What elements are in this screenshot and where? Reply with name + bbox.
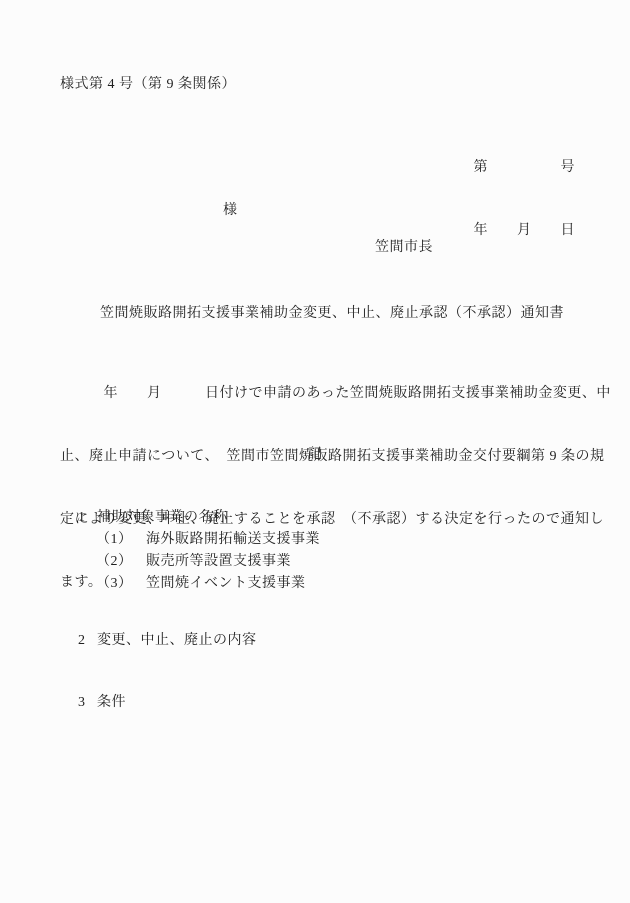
document-title: 笠間焼販路開拓支援事業補助金変更、中止、廃止承認（不承認）通知書 <box>100 303 564 324</box>
body-line: 年 月 日付けで申請のあった笠間焼販路開拓支援事業補助金変更、中 <box>60 383 585 404</box>
document-date-line: 年 月 日 <box>474 220 576 241</box>
sub-item: （3）笠間焼イベント支援事業 <box>80 552 306 615</box>
section-label: 変更、中止、廃止の内容 <box>97 633 257 648</box>
notice-document-page: 様式第 4 号（第 9 条関係） 第 号 年 月 日 様 笠間市長 笠間焼販路開… <box>0 0 630 903</box>
record-heading: 記 <box>0 444 630 465</box>
sub-item-label: 笠間焼イベント支援事業 <box>146 576 306 591</box>
document-number-line: 第 号 <box>474 157 576 178</box>
sender-title: 笠間市長 <box>375 237 433 258</box>
header-right-block: 第 号 年 月 日 <box>474 115 576 283</box>
section-item: 2変更、中止、廃止の内容 <box>62 609 257 672</box>
form-number-label: 様式第 4 号（第 9 条関係） <box>60 74 236 95</box>
addressee-honorific: 様 <box>223 200 238 221</box>
section-item: 3条件 <box>62 671 126 734</box>
section-label: 条件 <box>97 695 126 710</box>
section-number: 2 <box>78 630 97 651</box>
section-number: 3 <box>78 692 97 713</box>
sub-item-number: （3） <box>96 573 146 594</box>
